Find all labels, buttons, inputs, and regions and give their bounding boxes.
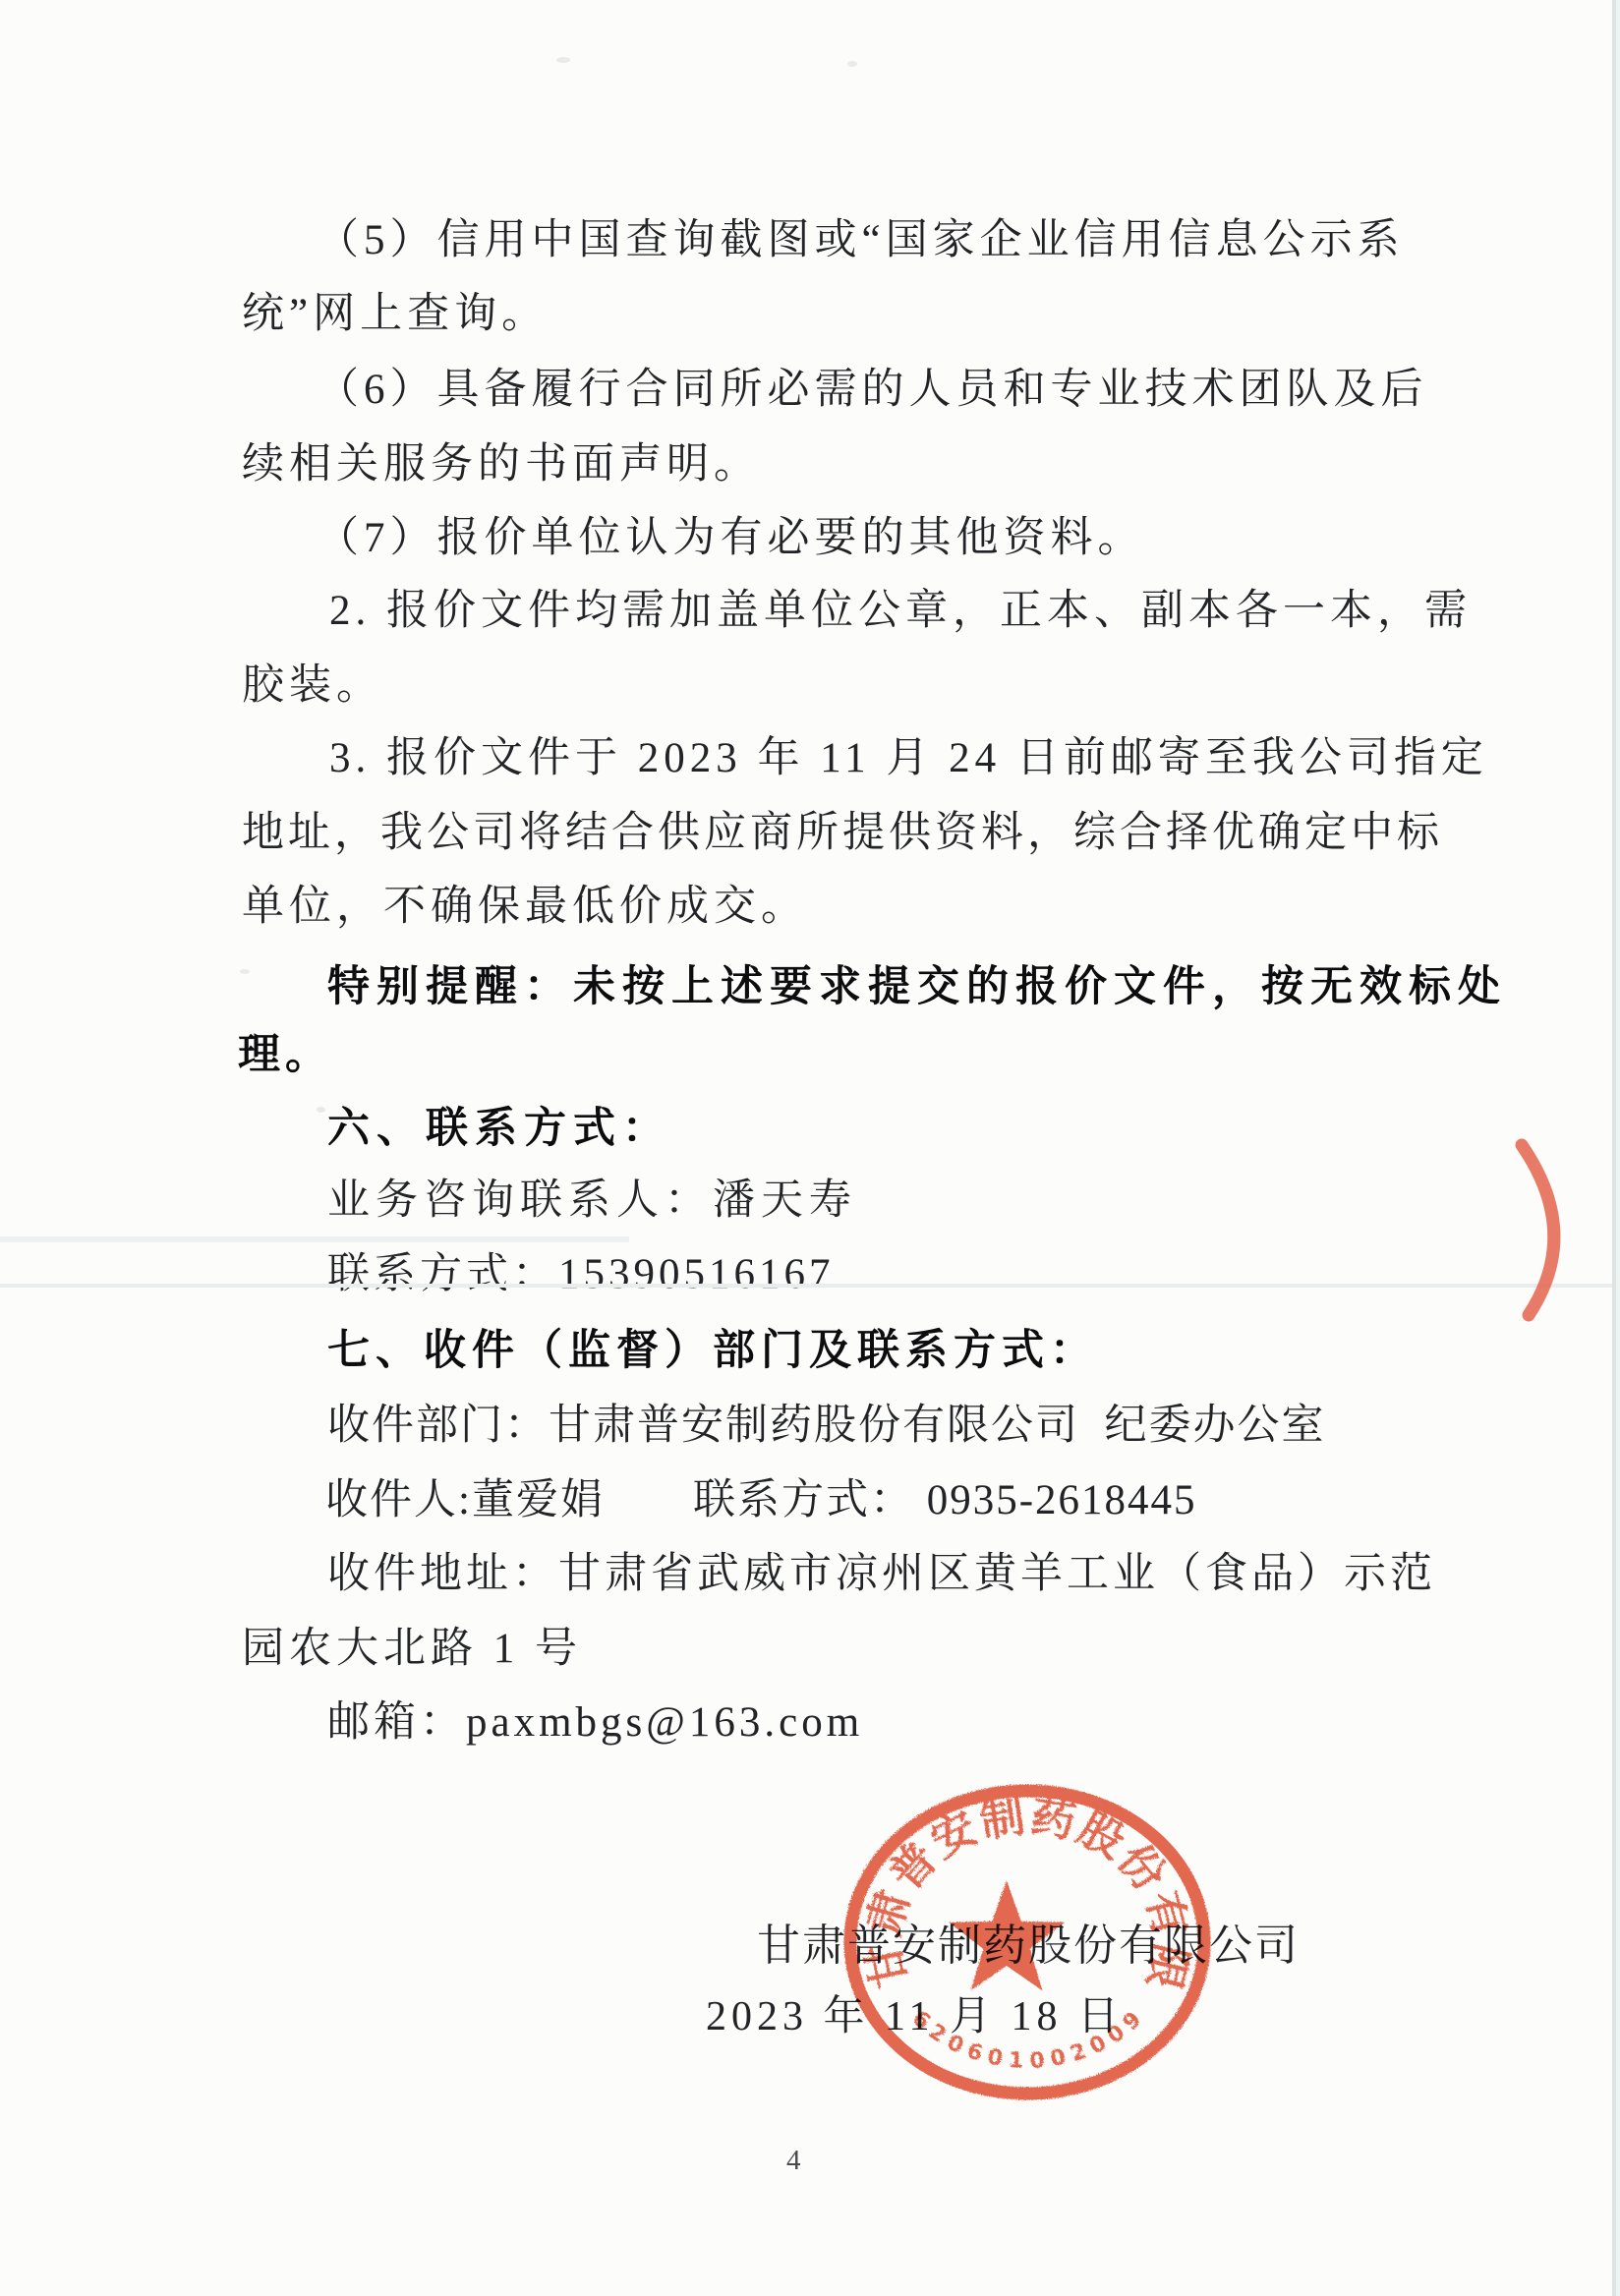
clause-2-line-2: 胶装。 bbox=[242, 663, 383, 709]
clause-2-line-1: 2. 报价文件均需加盖单位公章，正本、副本各一本，需 bbox=[329, 589, 1472, 634]
receiver-person-line: 收件人:董爱娟 联系方式： 0935-2618445 bbox=[325, 1478, 1197, 1523]
special-notice-line-1: 特别提醒：未按上述要求提交的报价文件，按无效标处 bbox=[327, 965, 1507, 1010]
scanned-document-page: （5）信用中国查询截图或“国家企业信用信息公示系统”网上查询。（6）具备履行合同… bbox=[0, 0, 1620, 2296]
clause-3-line-3: 单位，不确保最低价成交。 bbox=[242, 885, 808, 930]
item-6-line-1: （6）具备履行合同所必需的人员和专业技术团队及后 bbox=[317, 368, 1428, 413]
item-5-line-2: 统”网上查询。 bbox=[242, 292, 549, 337]
section-6-heading: 六、联系方式： bbox=[327, 1107, 671, 1152]
text-layer: （5）信用中国查询截图或“国家企业信用信息公示系统”网上查询。（6）具备履行合同… bbox=[0, 0, 1620, 2296]
clause-3-line-1: 3. 报价文件于 2023 年 11 月 24 日前邮寄至我公司指定 bbox=[329, 736, 1488, 781]
receiver-address-line-1: 收件地址：甘肃省武威市凉州区黄羊工业（食品）示范 bbox=[327, 1552, 1436, 1597]
clause-3-line-2: 地址，我公司将结合供应商所提供资料，综合择优确定中标 bbox=[242, 811, 1443, 856]
item-5-line-1: （5）信用中国查询截图或“国家企业信用信息公示系 bbox=[317, 218, 1405, 263]
seal-star-icon bbox=[949, 1880, 1065, 1990]
item-6-line-2: 续相关服务的书面声明。 bbox=[242, 442, 761, 488]
email-line: 邮箱：paxmbgs@163.com bbox=[327, 1700, 863, 1746]
page-number: 4 bbox=[786, 2145, 802, 2177]
business-phone-line: 联系方式：15390516167 bbox=[327, 1252, 835, 1297]
item-7-line: （7）报价单位认为有必要的其他资料。 bbox=[317, 516, 1145, 561]
partial-seal-arc bbox=[1499, 1130, 1588, 1327]
special-notice-line-2: 理。 bbox=[238, 1033, 332, 1078]
company-seal: 甘肃普安制药股份有限公司 6206010020099 bbox=[838, 1781, 1221, 2110]
receiver-dept-line: 收件部门：甘肃普安制药股份有限公司 纪委办公室 bbox=[327, 1404, 1326, 1449]
receiver-address-line-2: 园农大北路 1 号 bbox=[242, 1627, 582, 1672]
business-contact-line: 业务咨询联系人：潘天寿 bbox=[327, 1178, 857, 1224]
section-7-heading: 七、收件（监督）部门及联系方式： bbox=[327, 1329, 1098, 1374]
